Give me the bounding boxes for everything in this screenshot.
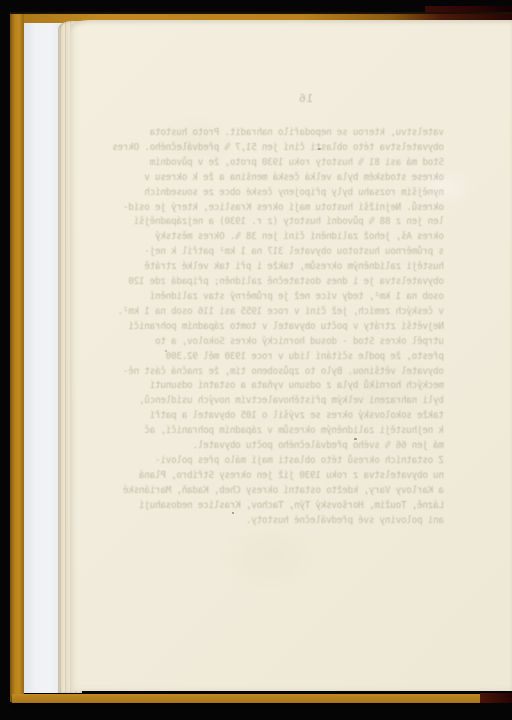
bleedthrough-text-line: meckých horníků byla z odsunu vyňata a o…: [136, 379, 444, 394]
bleedthrough-text-line: nu obyvatelstva z roku 1930 již jen okre…: [136, 469, 444, 484]
bleedthrough-text-line: obyvatelstva je i dnes dostatečně zalidn…: [136, 275, 444, 290]
bleedthrough-text-line: obyvatelstva této oblasti činí jen 51,7 …: [136, 141, 444, 156]
scan-speck: [354, 438, 357, 440]
scan-speck: [318, 148, 321, 150]
mirrored-bleedthrough-text: vatelstvu, kterou se nepodařilo nahradit…: [136, 126, 444, 528]
book-cover-bottom-edge: [12, 694, 480, 703]
bleedthrough-text-line: má jen 66 % svého předválečného počtu ob…: [136, 439, 444, 454]
bleedthrough-text-line: v českých zemích, jež činí v roce 1955 a…: [136, 305, 444, 320]
mirrored-page-number: 16: [298, 92, 313, 105]
scan-speck: [165, 350, 167, 352]
bleedthrough-text-line: Lázně, Toužim, Horšovský Týn, Tachov, Kr…: [136, 499, 444, 514]
bleedthrough-text-line: okresů. Nejnižší hustotu mají okres Kras…: [136, 201, 444, 216]
bleedthrough-text-line: takže sokolovský okres se zvýšil o 105 o…: [136, 409, 444, 424]
bleedthrough-text-line: okrese stodském byla velká česká menšina…: [136, 171, 444, 186]
bleedthrough-text-line: ani poloviny své předválečné hustoty.: [136, 514, 444, 529]
bleedthrough-text-line: Z ostatních okresů této oblasti mají mál…: [136, 454, 444, 469]
bleedthrough-text-line: utrpěl okres Stod - dosud hornický okres…: [136, 335, 444, 350]
bleedthrough-text-line: nynějším rozsahu byly připojeny české ob…: [136, 186, 444, 201]
bleedthrough-text-line: hustěji zalidněným okresům, takže i při …: [136, 260, 444, 275]
bleedthrough-text-line: přesto, že podle sčítání lidu v roce 193…: [136, 350, 444, 365]
blank-book-page: 16 vatelstvu, kterou se nepodařilo nahra…: [70, 20, 512, 691]
bleedthrough-text-line: Největší ztráty v počtu obyvatel v tomto…: [136, 320, 444, 335]
flyleaf-page: [24, 23, 62, 693]
bleedthrough-text-line: byli nahrazeni velkým přistěhovalectvím …: [136, 394, 444, 409]
book-scan: 16 vatelstvu, kterou se nepodařilo nahra…: [0, 0, 512, 720]
bleedthrough-text-line: vatelstvu, kterou se nepodařilo nahradit…: [136, 126, 444, 141]
cover-bottom-right-dark-edge: [480, 693, 512, 703]
bleedthrough-text-line: len jen z 88 % původní hustoty (z r. 193…: [136, 215, 444, 230]
bleedthrough-text-line: Stod má asi 81 % hustoty roku 1930 proto…: [136, 156, 444, 171]
scan-speck: [232, 512, 234, 514]
bleedthrough-text-line: s průměrnou hustotou obyvatel 317 na 1 k…: [136, 245, 444, 260]
bleedthrough-text-line: osob na 1 km², tedy více než je průměrný…: [136, 290, 444, 305]
bleedthrough-text-line: okres Aš, jehož zalidnění činí jen 38 %.…: [136, 230, 444, 245]
book-cover-left-edge: [10, 14, 24, 702]
bleedthrough-text-line: obyvatel většinou. Bylo to způsobeno tím…: [136, 365, 444, 380]
bleedthrough-text-line: k nejhustěji zalidněným okresům v západn…: [136, 424, 444, 439]
bleedthrough-text-line: a Karlovy Vary, kdežto ostatní okresy Ch…: [136, 484, 444, 499]
